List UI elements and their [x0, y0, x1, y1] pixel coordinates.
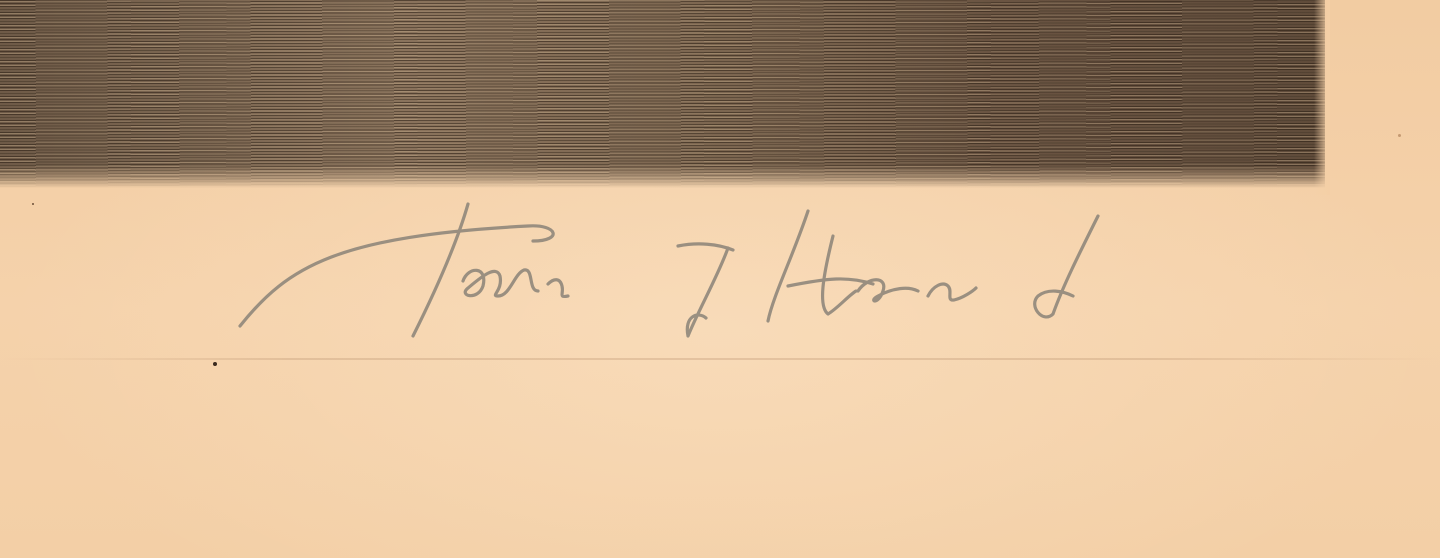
etching-edge: [1290, 0, 1330, 195]
paper-speck: [1398, 134, 1401, 137]
pencil-signature: Peter Ilsted: [228, 196, 1158, 346]
paper-speck: [213, 362, 217, 366]
plate-mark-line: [0, 358, 1440, 360]
etched-plate-area: [0, 0, 1325, 188]
paper-speck: [32, 203, 34, 205]
